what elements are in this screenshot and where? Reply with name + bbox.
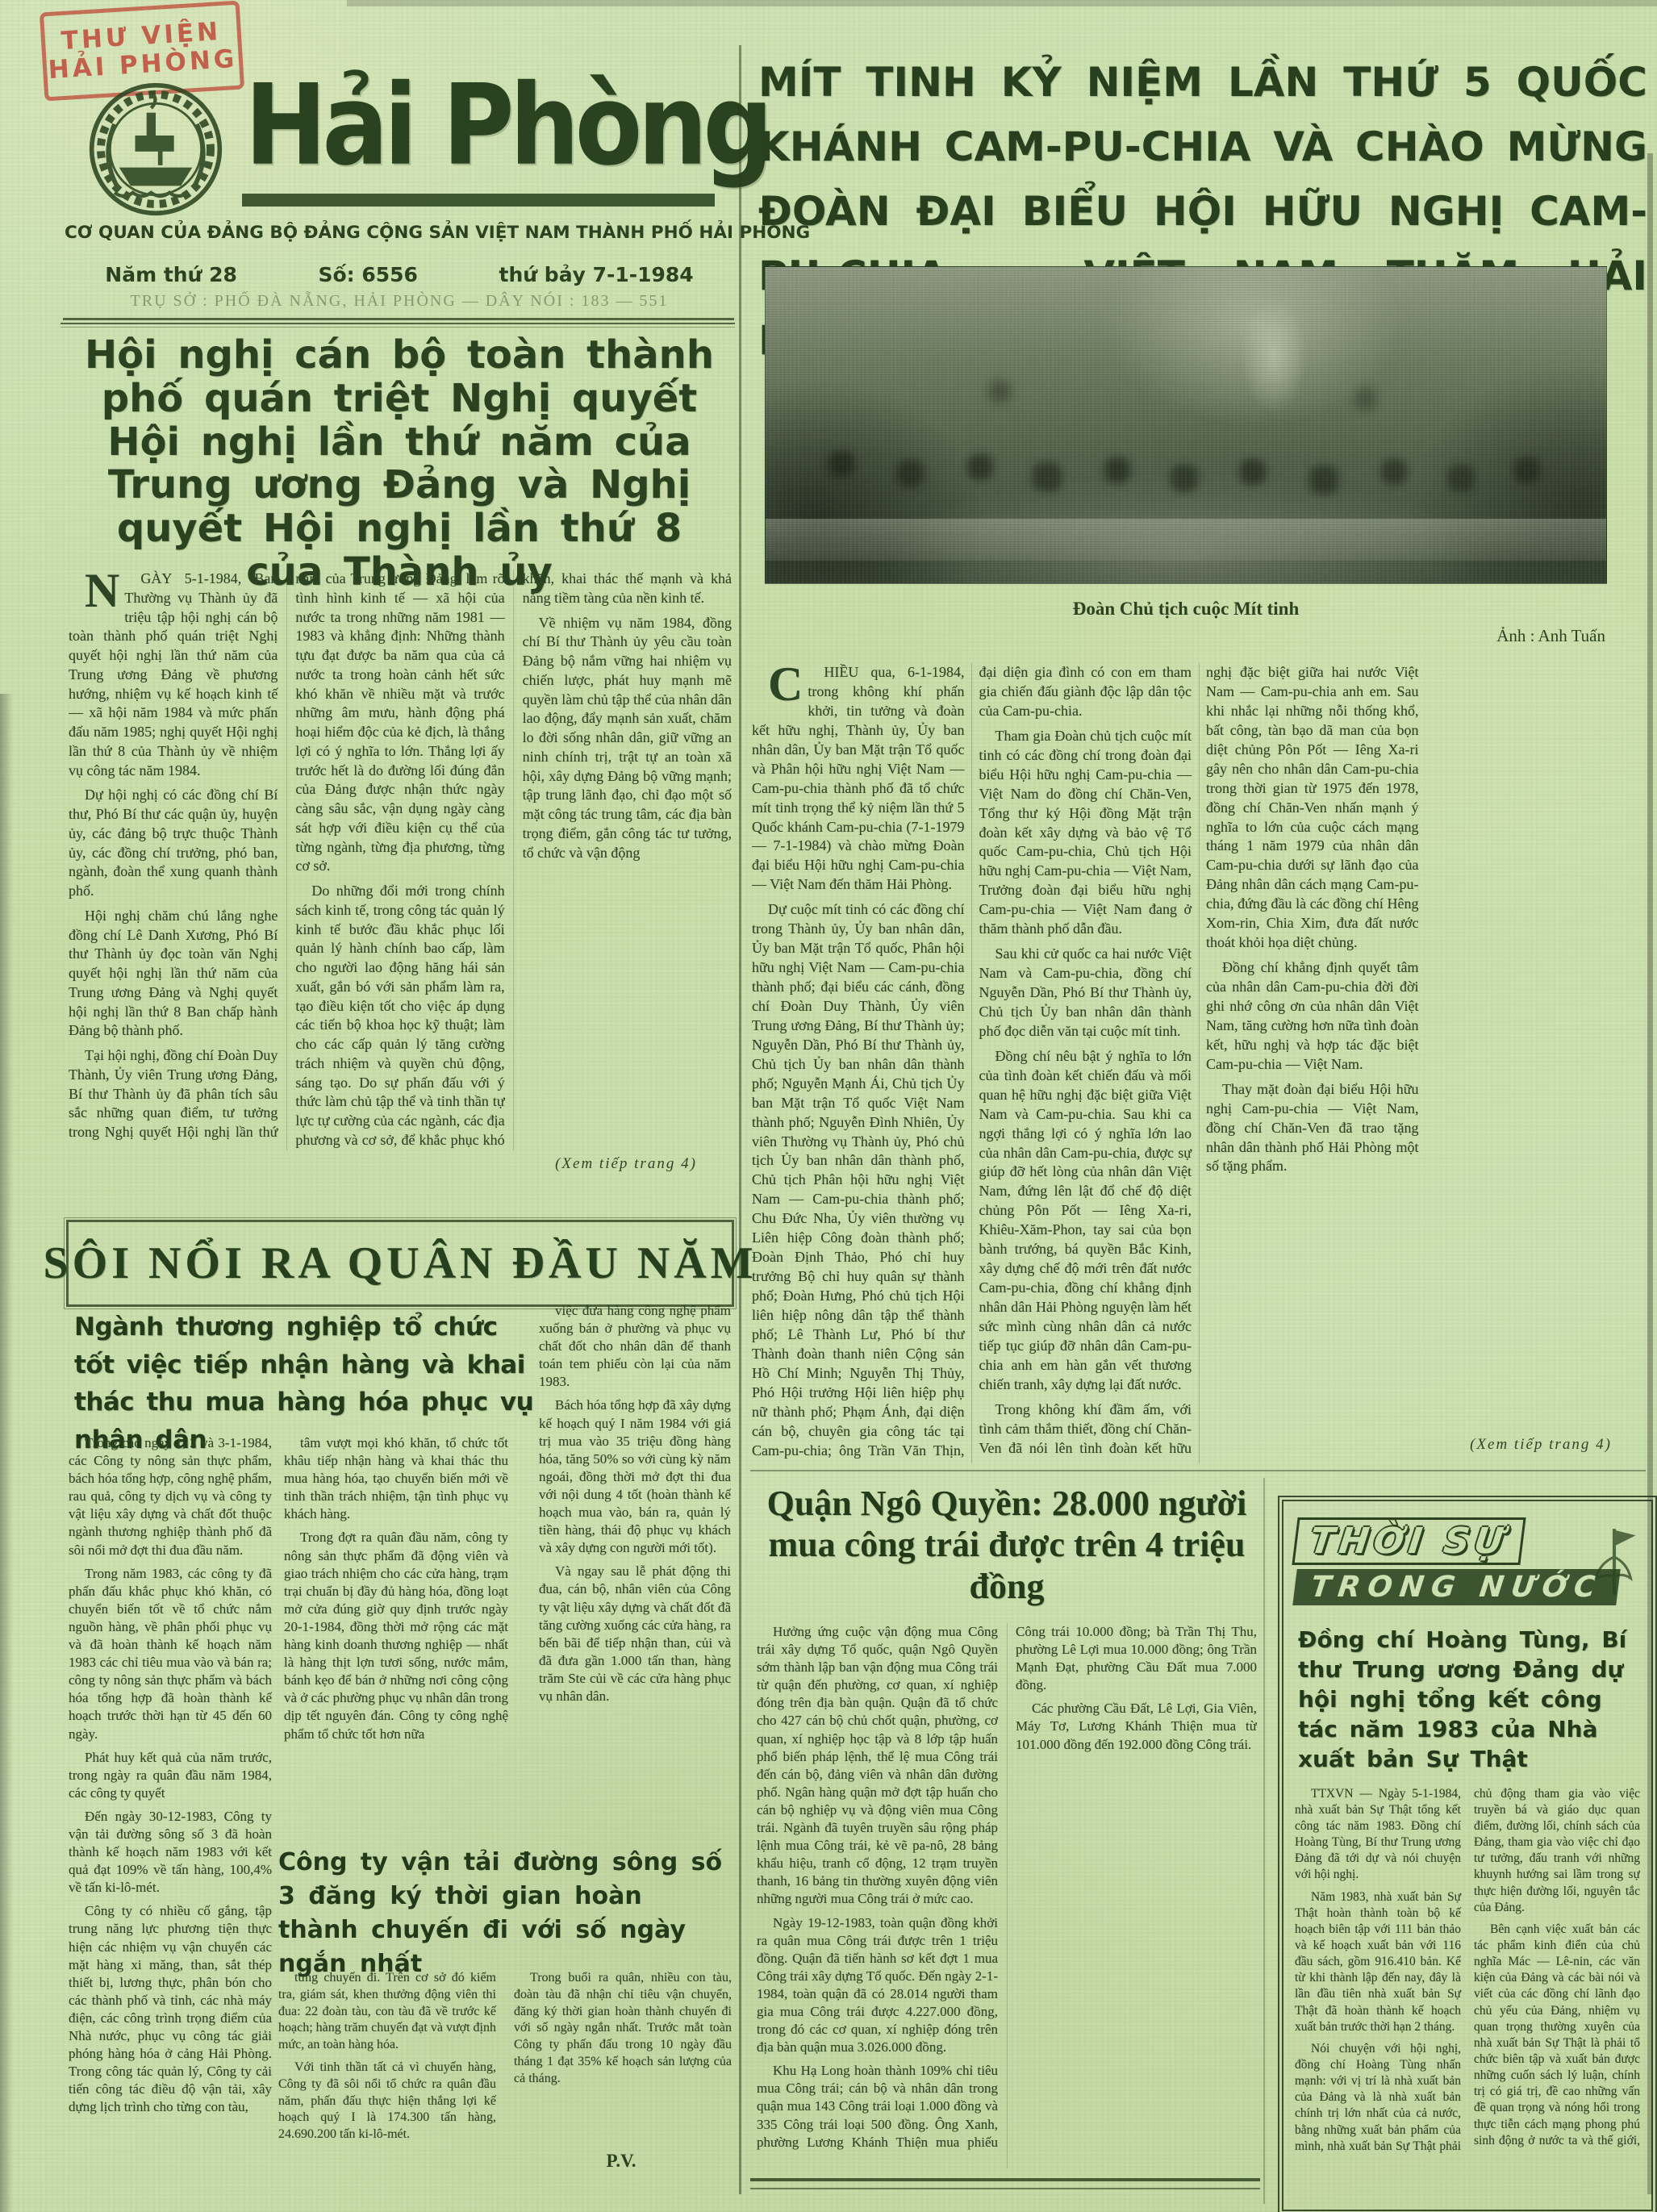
- newspaper-title: Hải Phòng: [244, 68, 715, 185]
- trade-col-right: việc đưa hàng công nghệ phẩm xuống bán ở…: [539, 1302, 731, 1838]
- paragraph: Hưởng ứng cuộc vận động mua Công trái xâ…: [757, 1623, 998, 1909]
- lead-box-rule-top: [61, 323, 735, 324]
- mit-tinh-body: CHIỀU qua, 6-1-1984, trong không khí phấ…: [752, 663, 1646, 1463]
- bonds-rule-top: [750, 1470, 1646, 1471]
- paragraph: Sau khi cử quốc ca hai nước Việt Nam và …: [979, 945, 1192, 1041]
- scan-edge-shadow-top: [347, 0, 1657, 6]
- paragraph: Trong đợt ra quân đầu năm, công ty nông …: [284, 1529, 508, 1742]
- masthead-date: thứ bảy 7-1-1984: [499, 263, 694, 286]
- paragraph: Phát huy kết quả của năm trước, trong ng…: [69, 1749, 272, 1802]
- paragraph: Trong buổi ra quân, nhiều con tàu, đoàn …: [514, 1970, 732, 2088]
- domestic-news-box: THỜI SỰ TRONG NƯỚC Đồng chí Hoàng Tùng, …: [1278, 1496, 1657, 2212]
- domestic-banner: THỜI SỰ TRONG NƯỚC: [1295, 1517, 1640, 1613]
- transport-body: từng chuyến đi. Trên cơ sở đó kiểm tra, …: [278, 1970, 732, 2172]
- domestic-headline: Đồng chí Hoàng Tùng, Bí thư Trung ương Đ…: [1298, 1626, 1637, 1775]
- lead-continuation: (Xem tiếp trang 4): [523, 1155, 729, 1173]
- lead-headline: Hội nghị cán bộ toàn thành phố quán triệ…: [77, 334, 722, 595]
- bonds-body: Hưởng ứng cuộc vận động mua Công trái xâ…: [757, 1623, 1257, 2168]
- paragraph: Với tinh thần tất cả vì chuyến hàng, Côn…: [278, 2060, 496, 2143]
- scan-edge-shadow-left: [0, 694, 13, 2212]
- trade-col-left: Trong các ngày 1, 2 và 3-1-1984, các Côn…: [69, 1434, 272, 2188]
- lead-box-rule-top2: [61, 327, 735, 328]
- paragraph: Thay mặt đoàn đại biểu Hội hữu nghị Cam-…: [1206, 1080, 1419, 1177]
- mit-tinh-continuation: (Xem tiếp trang 4): [1442, 1436, 1639, 1454]
- masthead-year: Năm thứ 28: [105, 263, 237, 286]
- paragraph: CHIỀU qua, 6-1-1984, trong không khí phấ…: [752, 663, 965, 895]
- paragraph: Công ty có nhiều cố gắng, tập trung năng…: [69, 1902, 272, 2116]
- city-emblem-icon: [87, 81, 224, 218]
- paragraph: Hội nghị chăm chú lắng nghe đồng chí Lê …: [69, 907, 278, 1041]
- paragraph: Bách hóa tổng hợp đã xây dựng kế hoạch q…: [539, 1396, 731, 1557]
- paragraph: Trong các ngày 1, 2 và 3-1-1984, các Côn…: [69, 1434, 272, 1559]
- masthead-rule: [63, 318, 734, 320]
- newspaper-page: { "page": {"paper_color":"#c9dfae","ink_…: [0, 0, 1657, 2212]
- transport-byline: P.V.: [557, 2151, 686, 2172]
- campaign-banner: SÔI NỔI RA QUÂN ĐẦU NĂM: [66, 1220, 734, 1307]
- column-rule-main: [739, 45, 741, 2194]
- paragraph: tâm vượt mọi khó khăn, tổ chức tốt khâu …: [284, 1434, 508, 1523]
- paragraph: Về nhiệm vụ năm 1984, đồng chí Bí thư Th…: [523, 614, 732, 863]
- domestic-banner-line1: THỜI SỰ: [1292, 1517, 1526, 1565]
- domestic-banner-line2: TRONG NƯỚC: [1292, 1569, 1621, 1605]
- flag-ornament-icon: [1588, 1524, 1640, 1598]
- bonds-headline: Quận Ngô Quyền: 28.000 người mua công tr…: [758, 1483, 1255, 1607]
- masthead-address: TRỤ SỞ : PHỐ ĐÀ NẴNG, HẢI PHÒNG — DÂY NÓ…: [65, 292, 734, 311]
- photo-caption: Đoàn Chủ tịch cuộc Mít tinh: [839, 599, 1533, 620]
- masthead-issue: Số: 6556: [318, 263, 417, 286]
- bonds-rule-bottom: [750, 2178, 1260, 2189]
- paragraph: NGÀY 5-1-1984, Ban Thường vụ Thành ủy đã…: [69, 570, 278, 780]
- masthead-tagline: CƠ QUAN CỦA ĐẢNG BỘ ĐẢNG CỘNG SẢN VIỆT N…: [65, 223, 734, 243]
- meeting-photo: [765, 266, 1607, 584]
- masthead-meta-row: Năm thứ 28 Số: 6556 thứ bảy 7-1-1984: [65, 263, 734, 286]
- paragraph: việc đưa hàng công nghệ phẩm xuống bán ở…: [539, 1302, 731, 1391]
- transport-headline: Công ty vận tải đường sông số 3 đăng ký …: [278, 1846, 732, 1981]
- column-rule-bonds-domestic: [1263, 1478, 1265, 2204]
- paragraph: từng chuyến đi. Trên cơ sở đó kiểm tra, …: [278, 1970, 496, 2054]
- photo-credit: Ảnh : Anh Tuấn: [1234, 626, 1605, 646]
- paragraph: Trong năm 1983, các công ty đã phấn đấu …: [69, 1565, 272, 1743]
- paragraph: Các phường Cầu Đất, Lê Lợi, Gia Viên, Má…: [1016, 1700, 1257, 1753]
- paragraph: Tham gia Đoàn chủ tịch cuộc mít tinh có …: [979, 727, 1192, 939]
- paragraph: Dự hội nghị có các đồng chí Bí thư, Phó …: [69, 786, 278, 901]
- campaign-banner-text: SÔI NỔI RA QUÂN ĐẦU NĂM: [43, 1237, 757, 1289]
- paragraph: Đồng chí nêu bật ý nghĩa to lớn của tình…: [979, 1047, 1192, 1395]
- title-underline: [242, 194, 715, 207]
- domestic-body: TTXVN — Ngày 5-1-1984, nhà xuất bản Sự T…: [1295, 1786, 1640, 2164]
- photo-halftone-grain: [766, 267, 1606, 583]
- paragraph: Đến ngày 30-12-1983, Công ty vận tải đườ…: [69, 1808, 272, 1897]
- lead-body: NGÀY 5-1-1984, Ban Thường vụ Thành ủy đã…: [69, 570, 732, 1150]
- paragraph: Đồng chí khẳng định quyết tâm của nhân d…: [1206, 958, 1419, 1075]
- paragraph: Ngày 19-12-1983, toàn quận đồng khởi ra …: [757, 1914, 998, 2057]
- paragraph: TTXVN — Ngày 5-1-1984, nhà xuất bản Sự T…: [1295, 1786, 1461, 1884]
- paragraph: Và ngay sau lễ phát động thi đua, cán bộ…: [539, 1563, 731, 1705]
- paragraph: Năm 1983, nhà xuất bản Sự Thật hoàn thàn…: [1295, 1889, 1461, 2035]
- trade-col-mid: tâm vượt mọi khó khăn, tổ chức tốt khâu …: [284, 1434, 508, 1836]
